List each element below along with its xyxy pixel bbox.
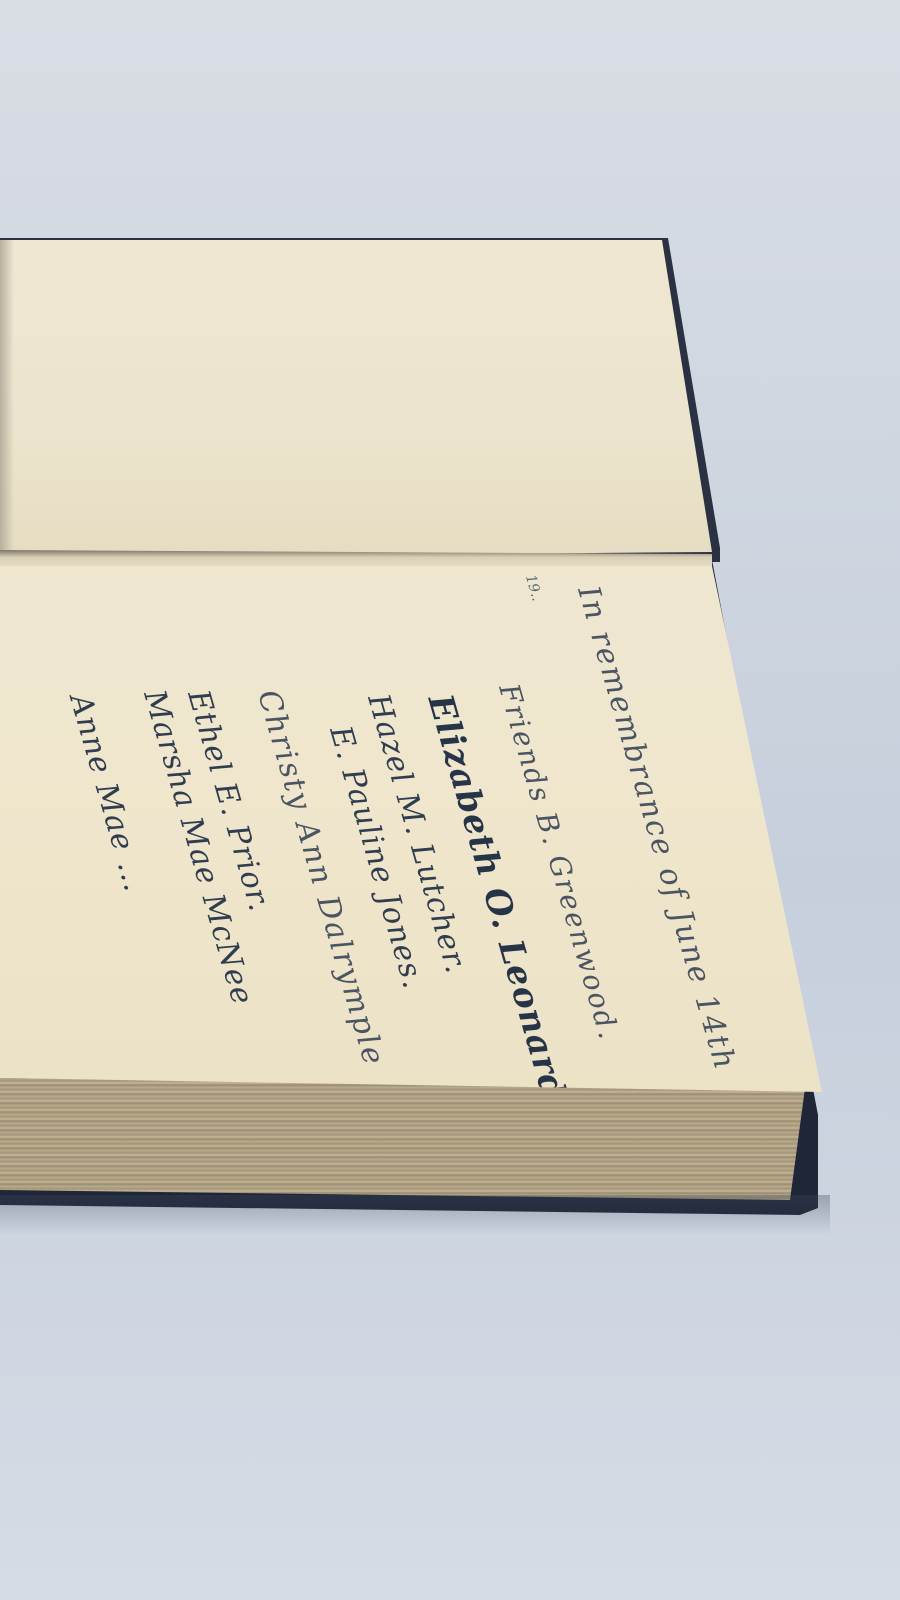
photo-scene: 19.. In remembrance of June 14th Friends… bbox=[0, 0, 900, 1600]
margin-mark: 19.. bbox=[522, 573, 545, 603]
page-edges bbox=[0, 1078, 805, 1200]
page-shadow bbox=[0, 240, 14, 558]
book-shadow bbox=[0, 1195, 830, 1235]
signature-7: Anne Mae ... bbox=[62, 690, 152, 896]
handwritten-inscription: 19.. In remembrance of June 14th Friends… bbox=[0, 566, 822, 1092]
facing-page bbox=[0, 240, 712, 558]
